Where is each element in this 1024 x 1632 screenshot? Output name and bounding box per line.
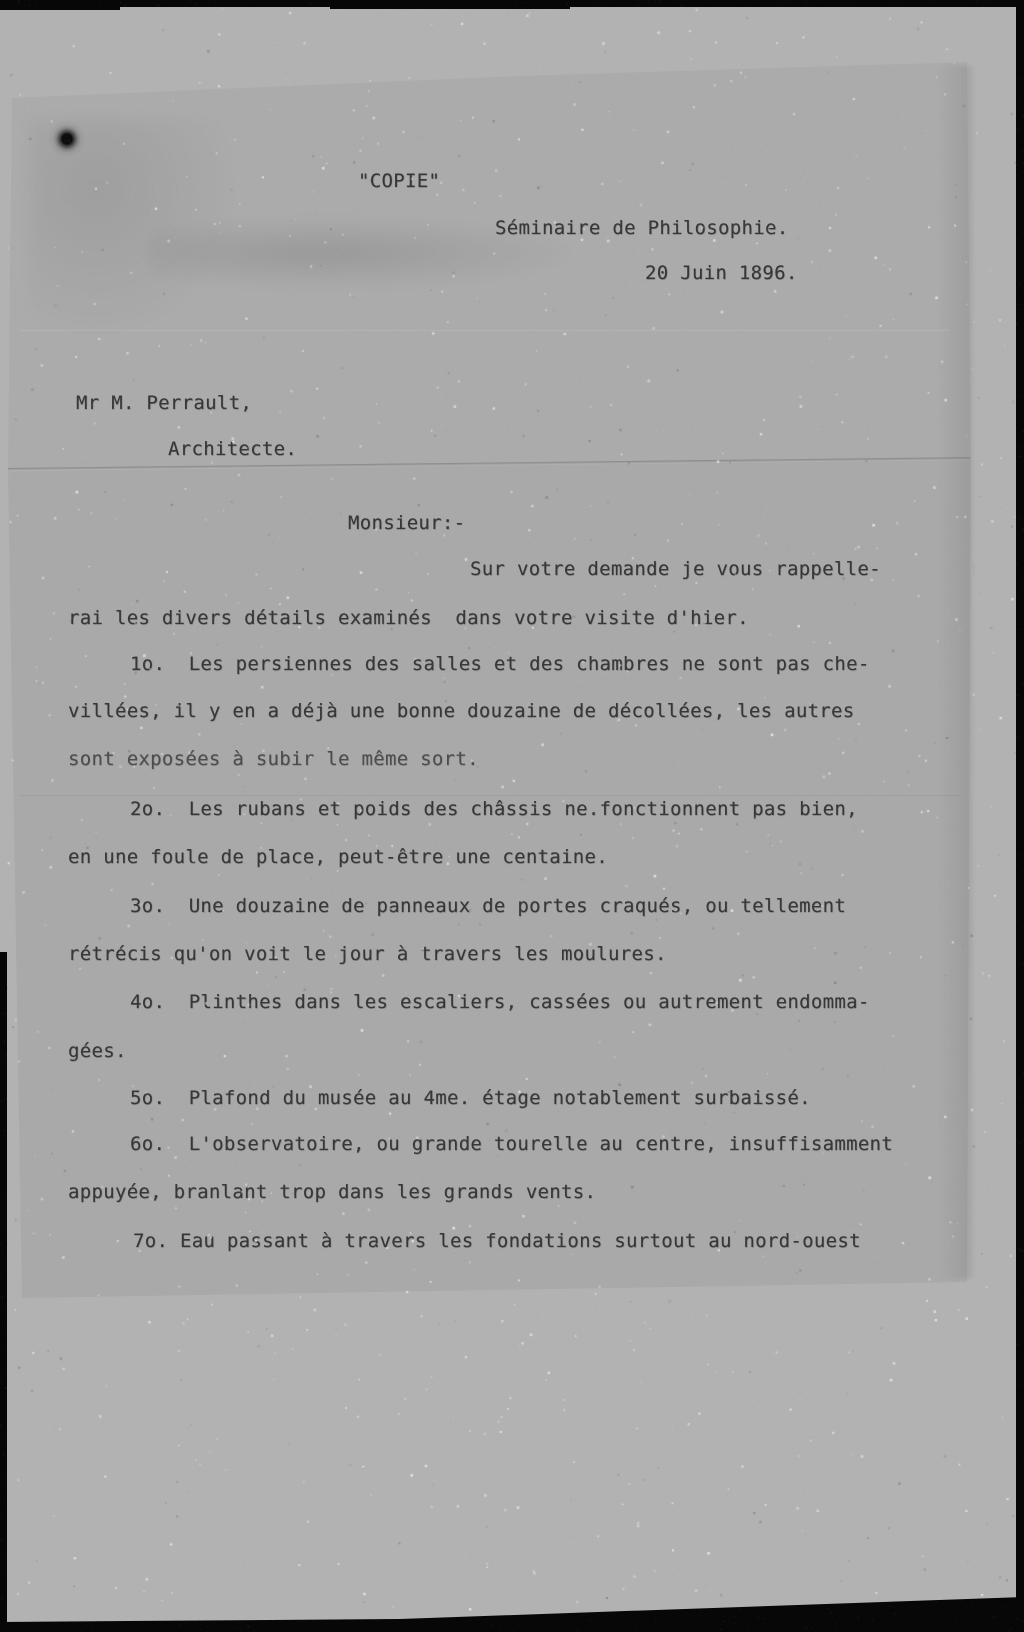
body-line: 3o. Une douzaine de panneaux de portes c… [130, 895, 846, 918]
recipient-name: Mr M. Perrault, [76, 392, 252, 415]
salutation: Monsieur:- [348, 512, 465, 535]
body-line: 7o. Eau passant à travers les fondations… [133, 1230, 861, 1253]
body-line: appuyée, branlant trop dans les grands v… [68, 1181, 596, 1204]
body-line: 4o. Plinthes dans les escaliers, cassées… [130, 991, 870, 1014]
scan-border-left [0, 952, 7, 1632]
scan-border-top [0, 0, 120, 10]
body-line: 2o. Les rubans et poids des châssis ne.f… [130, 798, 858, 821]
body-line: gées. [68, 1040, 127, 1063]
scan-border-bottom [0, 1560, 1024, 1632]
body-line: villées, il y en a déjà une bonne douzai… [68, 700, 855, 723]
body-line: rai les divers détails examinés dans vot… [68, 607, 749, 630]
body-line: Sur votre demande je vous rappelle- [470, 558, 881, 581]
body-line: 1o. Les persiennes des salles et des cha… [130, 653, 870, 676]
scan-artifact-line [20, 795, 960, 796]
body-line: 6o. L'observatoire, ou grande tourelle a… [130, 1133, 893, 1156]
recipient-title: Architecte. [168, 438, 297, 461]
copy-label: "COPIE" [358, 170, 440, 193]
body-line: en une foule de place, peut-être une cen… [68, 846, 608, 869]
body-line: rétrécis qu'on voit le jour à travers le… [68, 943, 667, 966]
sender-name: Séminaire de Philosophie. [495, 217, 788, 240]
scan-border-top [330, 0, 570, 9]
body-line: sont exposées à subir le même sort. [68, 748, 479, 771]
letter-date: 20 Juin 1896. [645, 262, 798, 285]
ink-spot [48, 120, 86, 158]
paper-edge-shadow [938, 66, 972, 1278]
body-line: 5o. Plafond du musée au 4me. étage notab… [130, 1087, 811, 1110]
scan-border-right [1016, 0, 1024, 1632]
scanned-letter-page: "COPIE" Séminaire de Philosophie. 20 Jui… [0, 0, 1024, 1632]
